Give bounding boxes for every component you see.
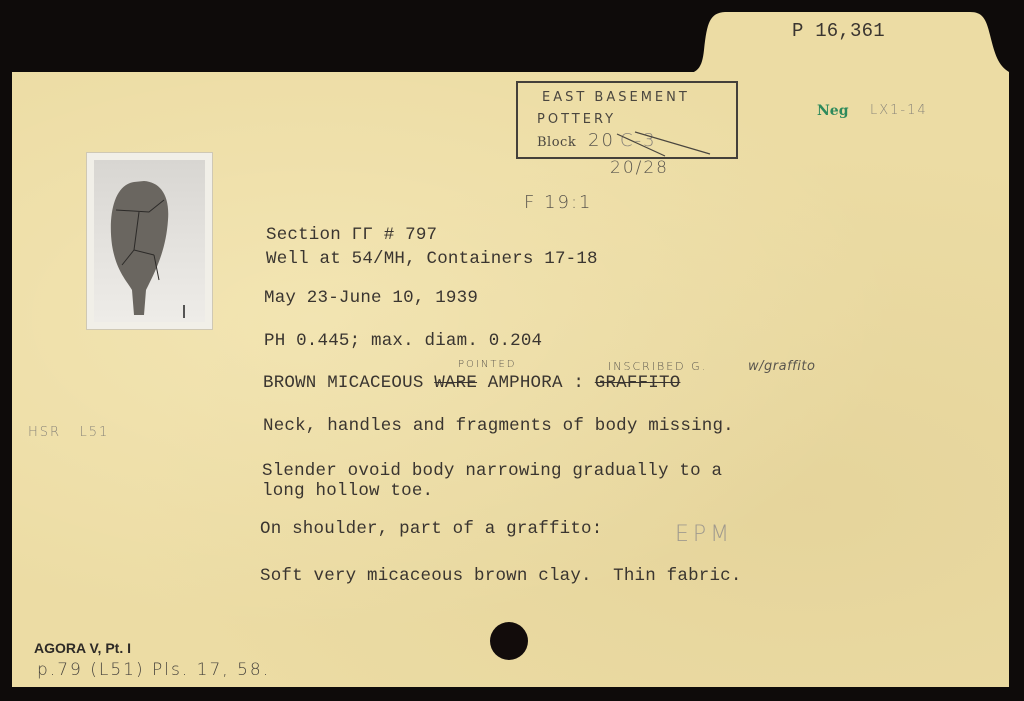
- graffito-line: On shoulder, part of a graffito:: [260, 519, 602, 539]
- well-line: Well at 54/MH, Containers 17-18: [266, 249, 598, 269]
- title-brown: BROWN MICACEOUS: [263, 373, 434, 393]
- insert-pointed: POINTED: [458, 359, 516, 370]
- punch-hole: [490, 622, 528, 660]
- strike-mark: [615, 130, 715, 160]
- amphora-image: [94, 160, 205, 322]
- section-line: Section ΓΓ # 797: [266, 225, 437, 245]
- publication-printed: AGORA V, Pt. I: [34, 640, 131, 656]
- condition-line: Neck, handles and fragments of body miss…: [263, 416, 734, 436]
- graffito-letters: EPM: [675, 522, 733, 547]
- insert-inscribed: INSCRIBED G.: [608, 360, 707, 373]
- description-line-2: long hollow toe.: [262, 481, 433, 501]
- fabric-line: Soft very micaceous brown clay. Thin fab…: [260, 566, 742, 586]
- title-graffito-struck: GRAFFITO: [595, 373, 681, 393]
- stamp-block-value: 20: [588, 130, 615, 151]
- title-amphora: AMPHORA: [477, 373, 573, 393]
- side-note: HSR L51: [28, 425, 109, 440]
- catalog-number: P 16,361: [792, 20, 885, 42]
- stamp-line-1: EAST BASEMENT: [542, 90, 690, 105]
- block-correction: 20/28: [610, 158, 669, 178]
- date-line: May 23-June 10, 1939: [264, 288, 478, 308]
- neg-value: LX1-14: [870, 103, 928, 118]
- dimensions-line: PH 0.445; max. diam. 0.204: [264, 331, 542, 351]
- description-line-1: Slender ovoid body narrowing gradually t…: [262, 461, 722, 481]
- object-photo: [87, 153, 212, 329]
- insert-graffito: w/graffito: [748, 359, 815, 374]
- title-ware-struck: WARE: [434, 373, 477, 393]
- publication-handwritten: p.79 (L51) Pls. 17, 58.: [37, 660, 270, 680]
- grid-reference: F 19:1: [524, 192, 593, 213]
- stamp-line-2: POTTERY: [537, 112, 616, 127]
- title-line: BROWN MICACEOUS WARE AMPHORA : GRAFFITO: [263, 373, 680, 393]
- neg-label: Neg: [817, 103, 849, 119]
- title-colon: :: [573, 373, 584, 393]
- stamp-block-label: Block: [537, 135, 576, 150]
